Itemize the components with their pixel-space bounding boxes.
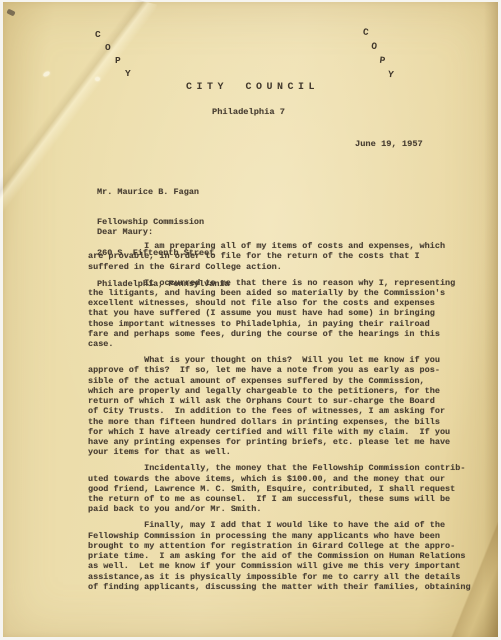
org-city: Philadelphia 7 [212, 107, 285, 117]
paper-mark [6, 9, 15, 17]
letter-page: C O P Y C O P Y CITY COUNCIL Philadelphi… [3, 2, 498, 637]
salutation: Dear Maury: [97, 227, 153, 237]
body-paragraph: What is your thought on this? Will you l… [88, 355, 490, 458]
copy-letter: O [105, 42, 111, 53]
org-name: CITY COUNCIL [186, 82, 319, 93]
copy-letter: C [362, 26, 369, 38]
copy-letter: Y [125, 68, 131, 79]
address-line: Mr. Maurice B. Fagan [97, 187, 230, 197]
copy-letter: Y [387, 69, 394, 81]
copy-letter: P [115, 55, 121, 66]
paper-speck [42, 71, 50, 78]
copy-letter: O [371, 41, 378, 53]
body-paragraph: Finally, may I add that I would like to … [88, 520, 490, 592]
date-line: June 19, 1957 [355, 139, 423, 149]
letter-body: I am preparing all of my items of costs … [88, 241, 490, 598]
body-paragraph: I am preparing all of my items of costs … [88, 241, 490, 272]
copy-stamp-right: C O P Y [357, 26, 409, 87]
copy-letter: C [95, 29, 101, 40]
copy-stamp-left: C O P Y [95, 29, 141, 85]
body-paragraph: Incidentally, the money that the Fellows… [88, 463, 490, 514]
copy-letter: P [379, 55, 386, 67]
body-paragraph: It occurred to me that there is no reaso… [88, 278, 490, 350]
